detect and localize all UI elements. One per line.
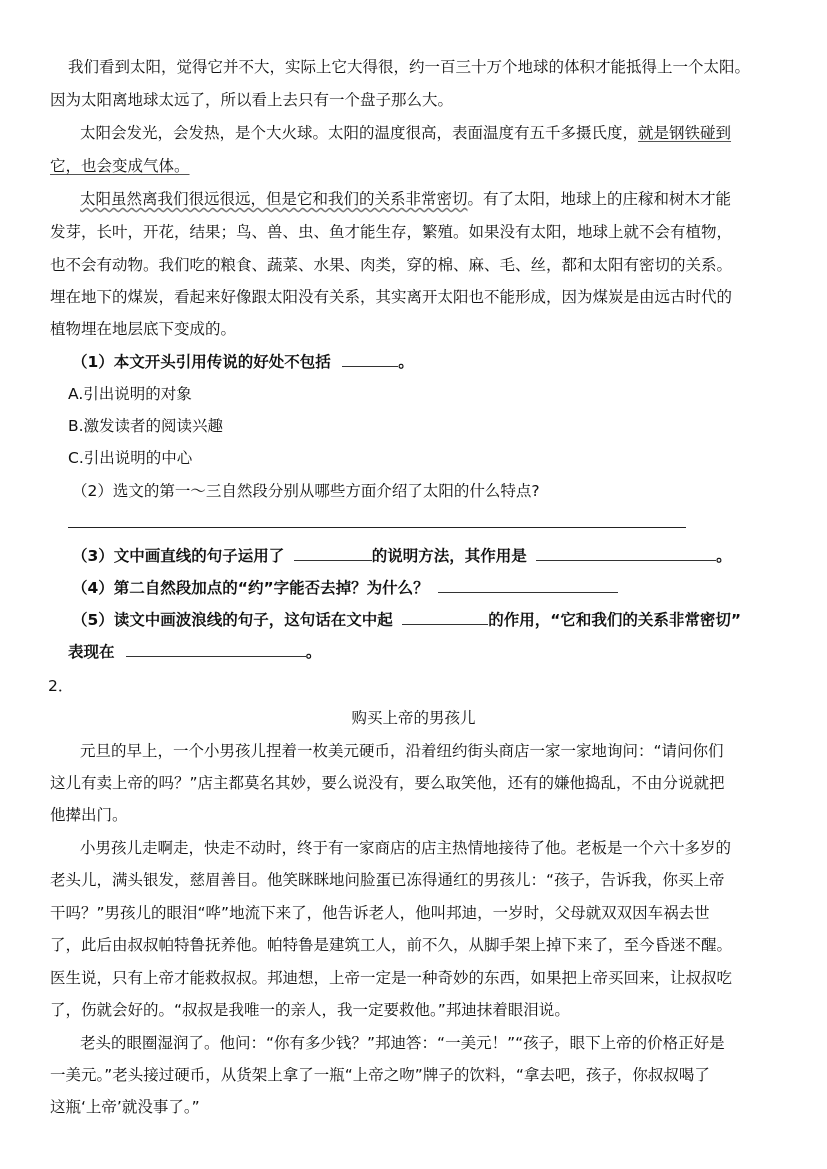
- p3-rest-text: 。有了太阳，地球上的庄稼和树木才能: [468, 190, 732, 208]
- passage1-p3-line5: 植物埋在地层底下变成的。: [50, 319, 236, 339]
- s2-p3-line2: 一美元。”老头接过硬币，从货架上拿了一瓶“上帝之吻”牌子的饮料，“拿去吧，孩子，…: [50, 1065, 710, 1085]
- question-4: （4）第二自然段加点的“约”字能否去掉？为什么？: [72, 578, 618, 598]
- question-2-answer-line[interactable]: [68, 527, 686, 528]
- passage1-p1-line2: 因为太阳离地球太远了，所以看上去只有一个盘子那么大。: [50, 90, 453, 110]
- question-5-role-blank[interactable]: [402, 610, 488, 625]
- s2-p2-line4: 了，此后由叔叔帕特鲁抚养他。帕特鲁是建筑工人，前不久，从脚手架上掉下来了，至今昏…: [50, 935, 732, 955]
- question-1-end: 。: [398, 353, 414, 371]
- passage1-p3-line2: 发芽，长叶，开花，结果；鸟、兽、虫、鱼才能生存，繁殖。如果没有太阳，地球上就不会…: [50, 222, 732, 242]
- question-1-text: （1）本文开头引用传说的好处不包括: [72, 353, 331, 371]
- option-c: C.引出说明的中心: [68, 448, 192, 468]
- question-5-line2: 表现在 。: [68, 642, 321, 662]
- question-2: （2）选文的第一～三自然段分别从哪些方面介绍了太阳的什么特点?: [72, 481, 540, 501]
- s2-p2-line3: 干吗？”男孩儿的眼泪“哗”地流下来了，他告诉老人，他叫邦迪，一岁时，父母就双双因…: [50, 903, 710, 923]
- question-3-effect-blank[interactable]: [536, 546, 716, 561]
- s2-p1-line3: 他撵出门。: [50, 805, 128, 825]
- straight-underlined-sentence-cont: 它，也会变成气体。: [50, 157, 190, 175]
- question-5-part1: （5）读文中画波浪线的句子，这句话在文中起: [72, 611, 393, 629]
- s2-p2-line1: 小男孩儿走啊走，快走不动时，终于有一家商店的店主热情地接待了他。老板是一个六十多…: [80, 838, 731, 858]
- question-5-line2-text: 表现在: [68, 643, 115, 661]
- passage1-p2-line1: 太阳会发光，会发热，是个大火球。太阳的温度很高，表面温度有五千多摄氏度，就是钢铁…: [80, 123, 731, 143]
- question-5-part2: 的作用，“它和我们的关系非常密切”: [488, 611, 741, 629]
- s2-p2-line5: 医生说，只有上帝才能救叔叔。邦迪想，上帝一定是一种奇妙的东西，如果把上帝买回来，…: [50, 968, 732, 988]
- question-3: （3）文中画直线的句子运用了 的说明方法，其作用是 。: [72, 546, 732, 566]
- passage1-p3-line3: 也不会有动物。我们吃的粮食、蔬菜、水果、肉类，穿的棉、麻、毛、丝，都和太阳有密切…: [50, 255, 732, 275]
- s2-p2-line2: 老头儿，满头银发，慈眉善目。他笑眯眯地问脸蛋已冻得通红的男孩儿：“孩子，告诉我，…: [50, 870, 725, 890]
- passage1-p2-line2: 它，也会变成气体。: [50, 156, 190, 176]
- s2-p1-line1: 元旦的早上，一个小男孩儿捏着一枚美元硬币，沿着纽约街头商店一家一家地询问：“请问…: [80, 741, 724, 761]
- passage1-p3-line4: 埋在地下的煤炭，看起来好像跟太阳没有关系，其实离开太阳也不能形成，因为煤炭是由远…: [50, 287, 732, 307]
- section-2-number: 2．: [48, 676, 73, 696]
- option-a: A.引出说明的对象: [68, 384, 192, 404]
- question-3-method-blank[interactable]: [294, 546, 372, 561]
- s2-p3-line1: 老头的眼圈湿润了。他问：“你有多少钱？”邦迪答：“一美元！”“孩子，眼下上帝的价…: [80, 1033, 725, 1053]
- question-1: （1）本文开头引用传说的好处不包括 。: [72, 352, 414, 372]
- s2-p1-line2: 这儿有卖上帝的吗？”店主都莫名其妙，要么说没有，要么取笑他，还有的嫌他捣乱，不由…: [50, 773, 725, 793]
- s2-p2-line6: 了，伤就会好的。“叔叔是我唯一的亲人，我一定要救他。”邦迪抹着眼泪说。: [50, 1000, 570, 1020]
- wavy-underlined-sentence: 太阳虽然离我们很远很远，但是它和我们的关系非常密切: [80, 190, 468, 208]
- question-5-end: 。: [306, 643, 322, 661]
- option-b: B.激发读者的阅读兴趣: [68, 416, 223, 436]
- question-3-end: 。: [716, 547, 732, 565]
- p2-plain-text: 太阳会发光，会发热，是个大火球。太阳的温度很高，表面温度有五千多摄氏度，: [80, 124, 638, 142]
- s2-p3-line3: 这瓶‘上帝’就没事了。”: [50, 1097, 200, 1117]
- passage1-p3-line1: 太阳虽然离我们很远很远，但是它和我们的关系非常密切。有了太阳，地球上的庄稼和树木…: [80, 189, 731, 209]
- passage1-p1-line1: 我们看到太阳，觉得它并不大，实际上它大得很，约一百三十万个地球的体积才能抵得上一…: [68, 57, 750, 77]
- question-3-part2: 的说明方法，其作用是: [372, 547, 527, 565]
- question-4-text: （4）第二自然段加点的“约”字能否去掉？为什么？: [72, 579, 429, 597]
- section-2-title: 购买上帝的男孩儿: [0, 708, 827, 728]
- question-1-answer-blank[interactable]: [342, 352, 398, 367]
- question-5: （5）读文中画波浪线的句子，这句话在文中起 的作用，“它和我们的关系非常密切”: [72, 610, 741, 630]
- question-4-answer-blank[interactable]: [438, 578, 618, 593]
- straight-underlined-sentence: 就是钢铁碰到: [638, 124, 731, 142]
- question-5-expression-blank[interactable]: [126, 642, 306, 657]
- question-3-part1: （3）文中画直线的句子运用了: [72, 547, 284, 565]
